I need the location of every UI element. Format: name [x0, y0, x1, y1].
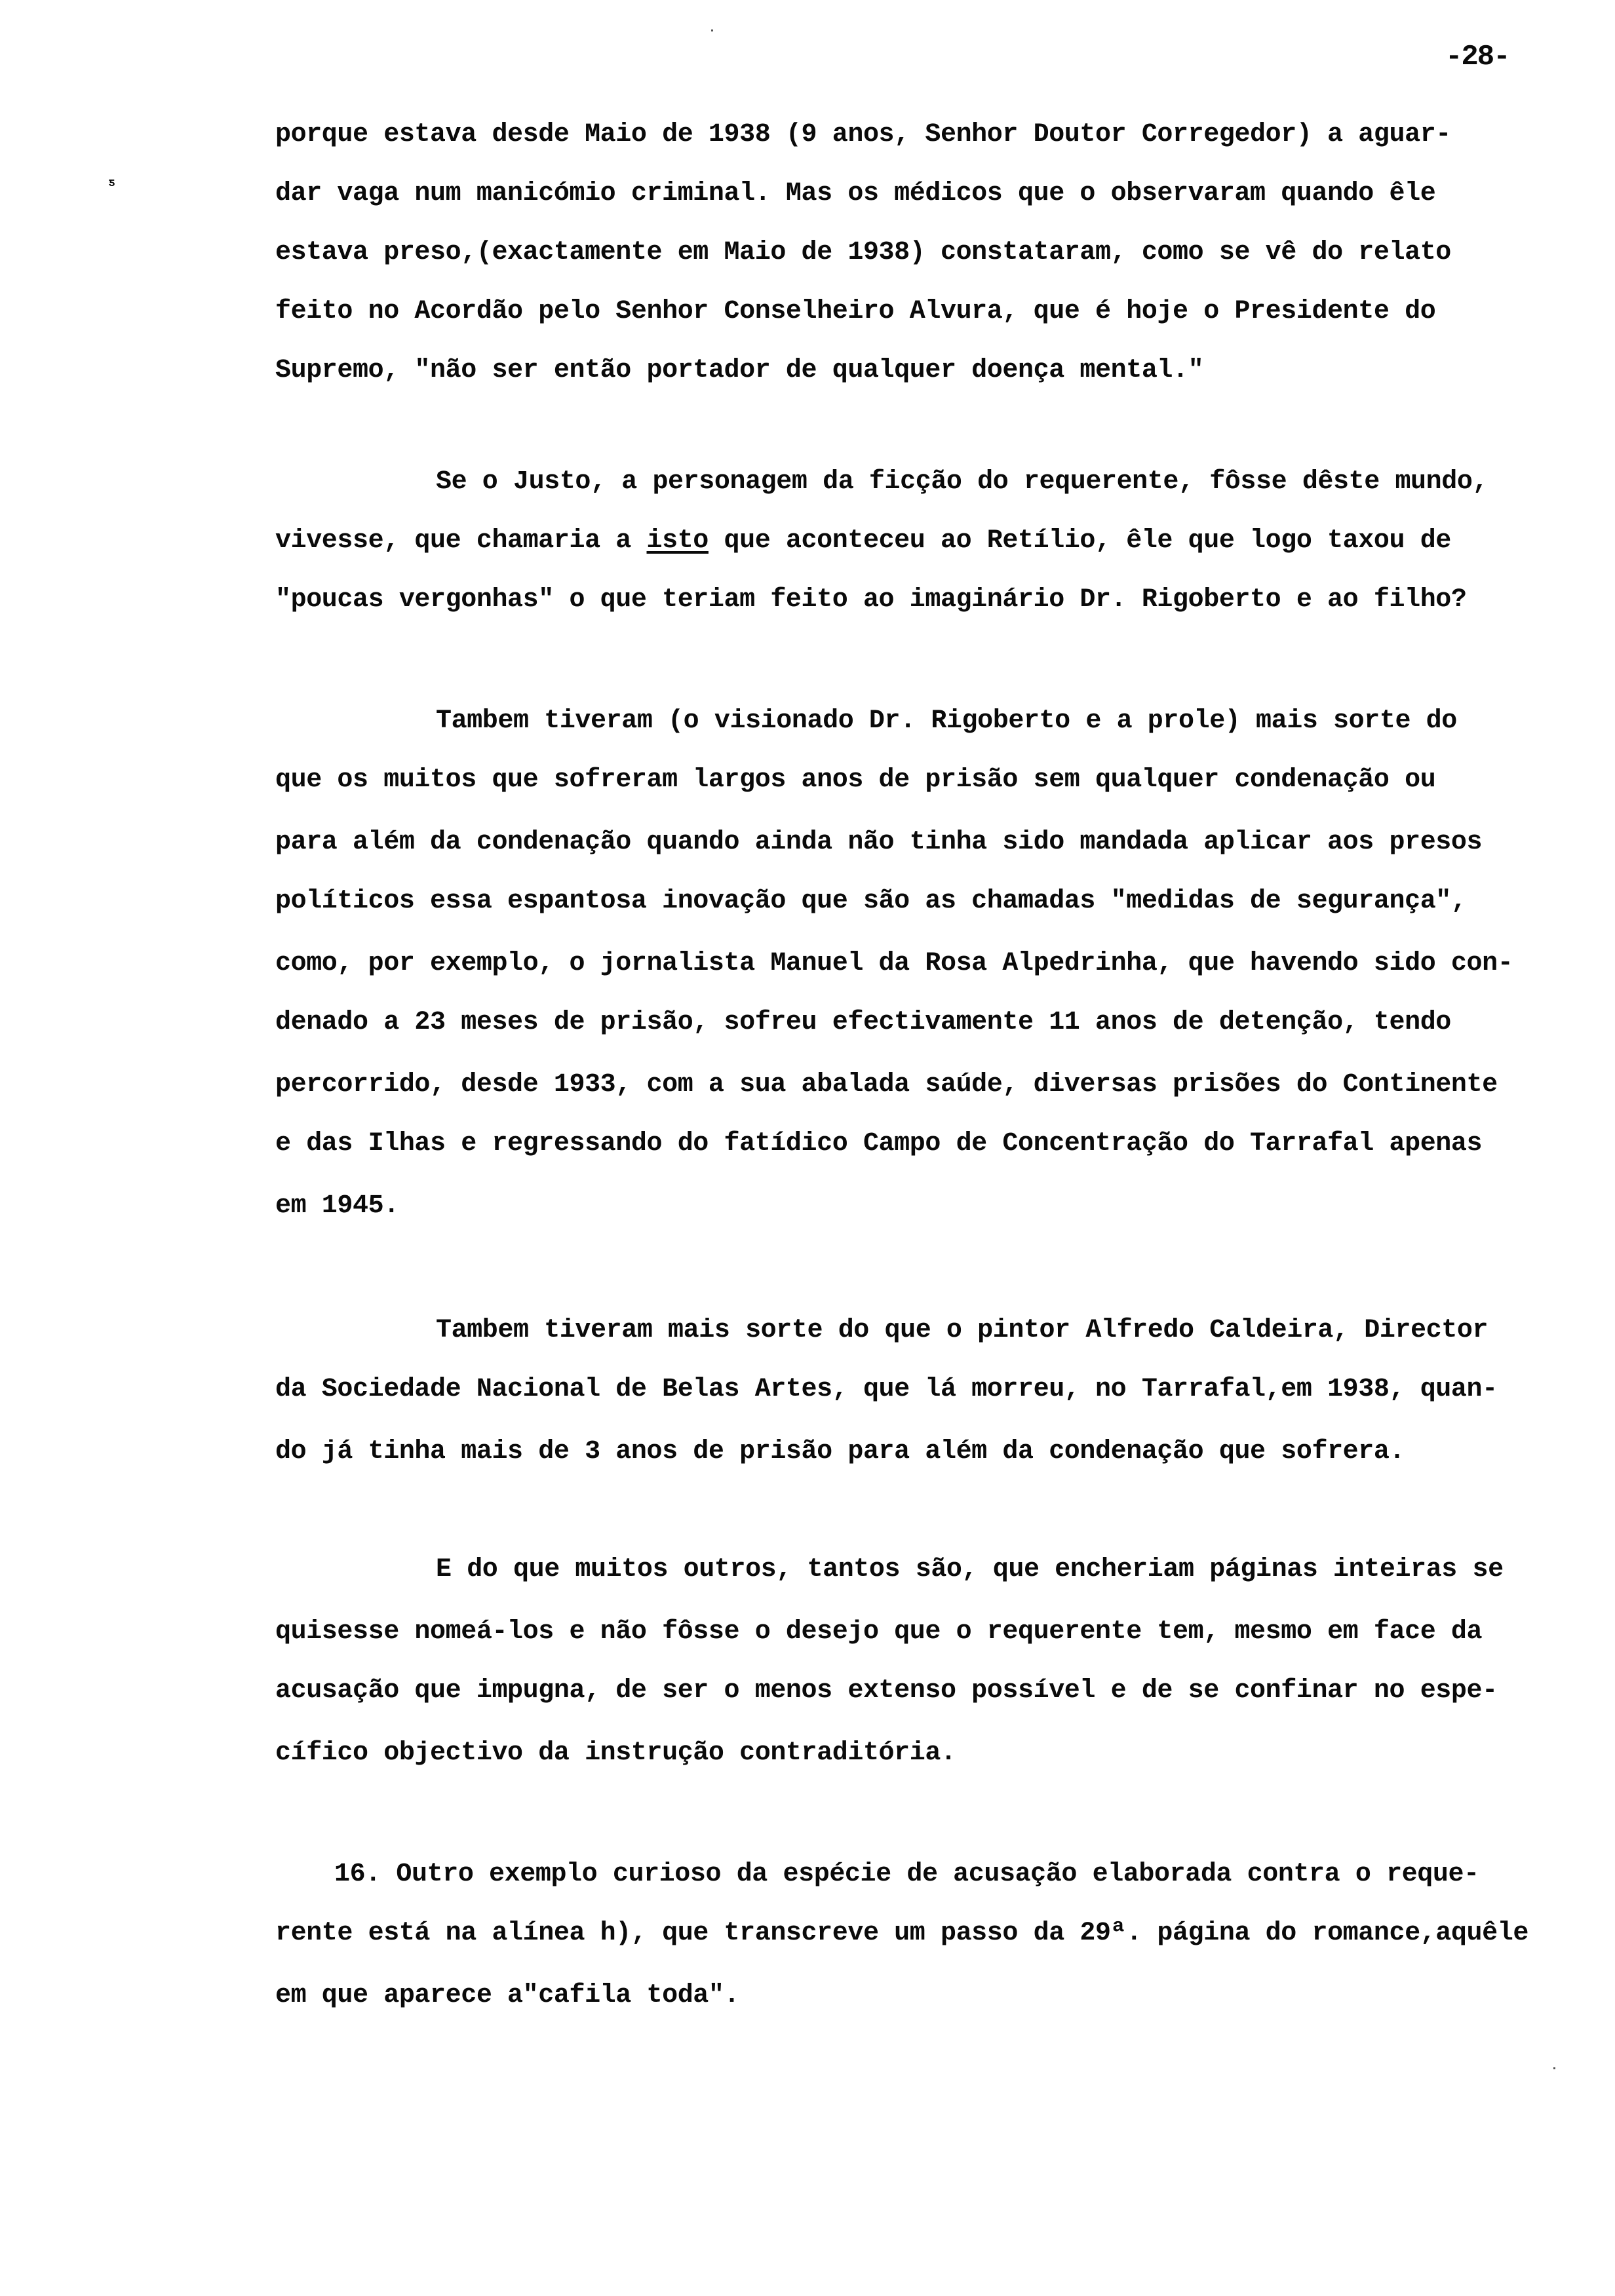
text-line: Supremo, "não ser então portador de qual…: [275, 353, 1203, 389]
text-line: da Sociedade Nacional de Belas Artes, qu…: [275, 1371, 1498, 1408]
text-line: Tambem tiveram mais sorte do que o pinto…: [436, 1312, 1488, 1349]
text-line: "poucas vergonhas" o que teriam feito ao…: [275, 582, 1467, 619]
scan-speck: [711, 29, 713, 31]
text-line: e das Ilhas e regressando do fatídico Ca…: [275, 1126, 1482, 1162]
text-line: cífico objectivo da instrução contraditó…: [275, 1735, 956, 1772]
text-line: dar vaga num manicómio criminal. Mas os …: [275, 176, 1435, 212]
text-line: como, por exemplo, o jornalista Manuel d…: [275, 946, 1513, 982]
text-line: Se o Justo, a personagem da ficção do re…: [436, 464, 1488, 501]
text-line: do já tinha mais de 3 anos de prisão par…: [275, 1434, 1405, 1470]
text-line: para além da condenação quando ainda não…: [275, 824, 1482, 861]
text-line: feito no Acordão pelo Senhor Conselheiro…: [275, 294, 1435, 330]
underlined-word: isto: [647, 526, 709, 556]
text-line: porque estava desde Maio de 1938 (9 anos…: [275, 117, 1451, 153]
text-line: em que aparece a"cafila toda".: [275, 1978, 739, 2014]
text-line: quisesse nomeá-los e não fôsse o desejo …: [275, 1614, 1482, 1651]
text-line: Tambem tiveram (o visionado Dr. Rigobert…: [436, 703, 1457, 740]
page-number: -28-: [1445, 41, 1509, 73]
text-segment: que aconteceu ao Retílio, êle que logo t…: [709, 526, 1451, 556]
text-line: rente está na alínea h), que transcreve …: [275, 1915, 1528, 1952]
text-line: denado a 23 meses de prisão, sofreu efec…: [275, 1004, 1451, 1041]
text-line: políticos essa espantosa inovação que sã…: [275, 883, 1467, 920]
text-line: 16. Outro exemplo curioso da espécie de …: [334, 1856, 1479, 1893]
text-segment: vivesse, que chamaria a: [275, 526, 647, 556]
scan-speck: [1553, 2067, 1555, 2069]
text-line: estava preso,(exactamente em Maio de 193…: [275, 235, 1451, 271]
text-line: acusação que impugna, de ser o menos ext…: [275, 1673, 1498, 1710]
text-line: que os muitos que sofreram largos anos d…: [275, 762, 1435, 799]
text-line: vivesse, que chamaria a isto que acontec…: [275, 523, 1451, 560]
margin-mark: ƽ: [108, 177, 115, 190]
text-line: E do que muitos outros, tantos são, que …: [436, 1552, 1504, 1588]
text-line: percorrido, desde 1933, com a sua abalad…: [275, 1067, 1498, 1103]
text-line: em 1945.: [275, 1188, 399, 1225]
document-page: -28- ƽ porque estava desde Maio de 1938 …: [0, 0, 1615, 2296]
